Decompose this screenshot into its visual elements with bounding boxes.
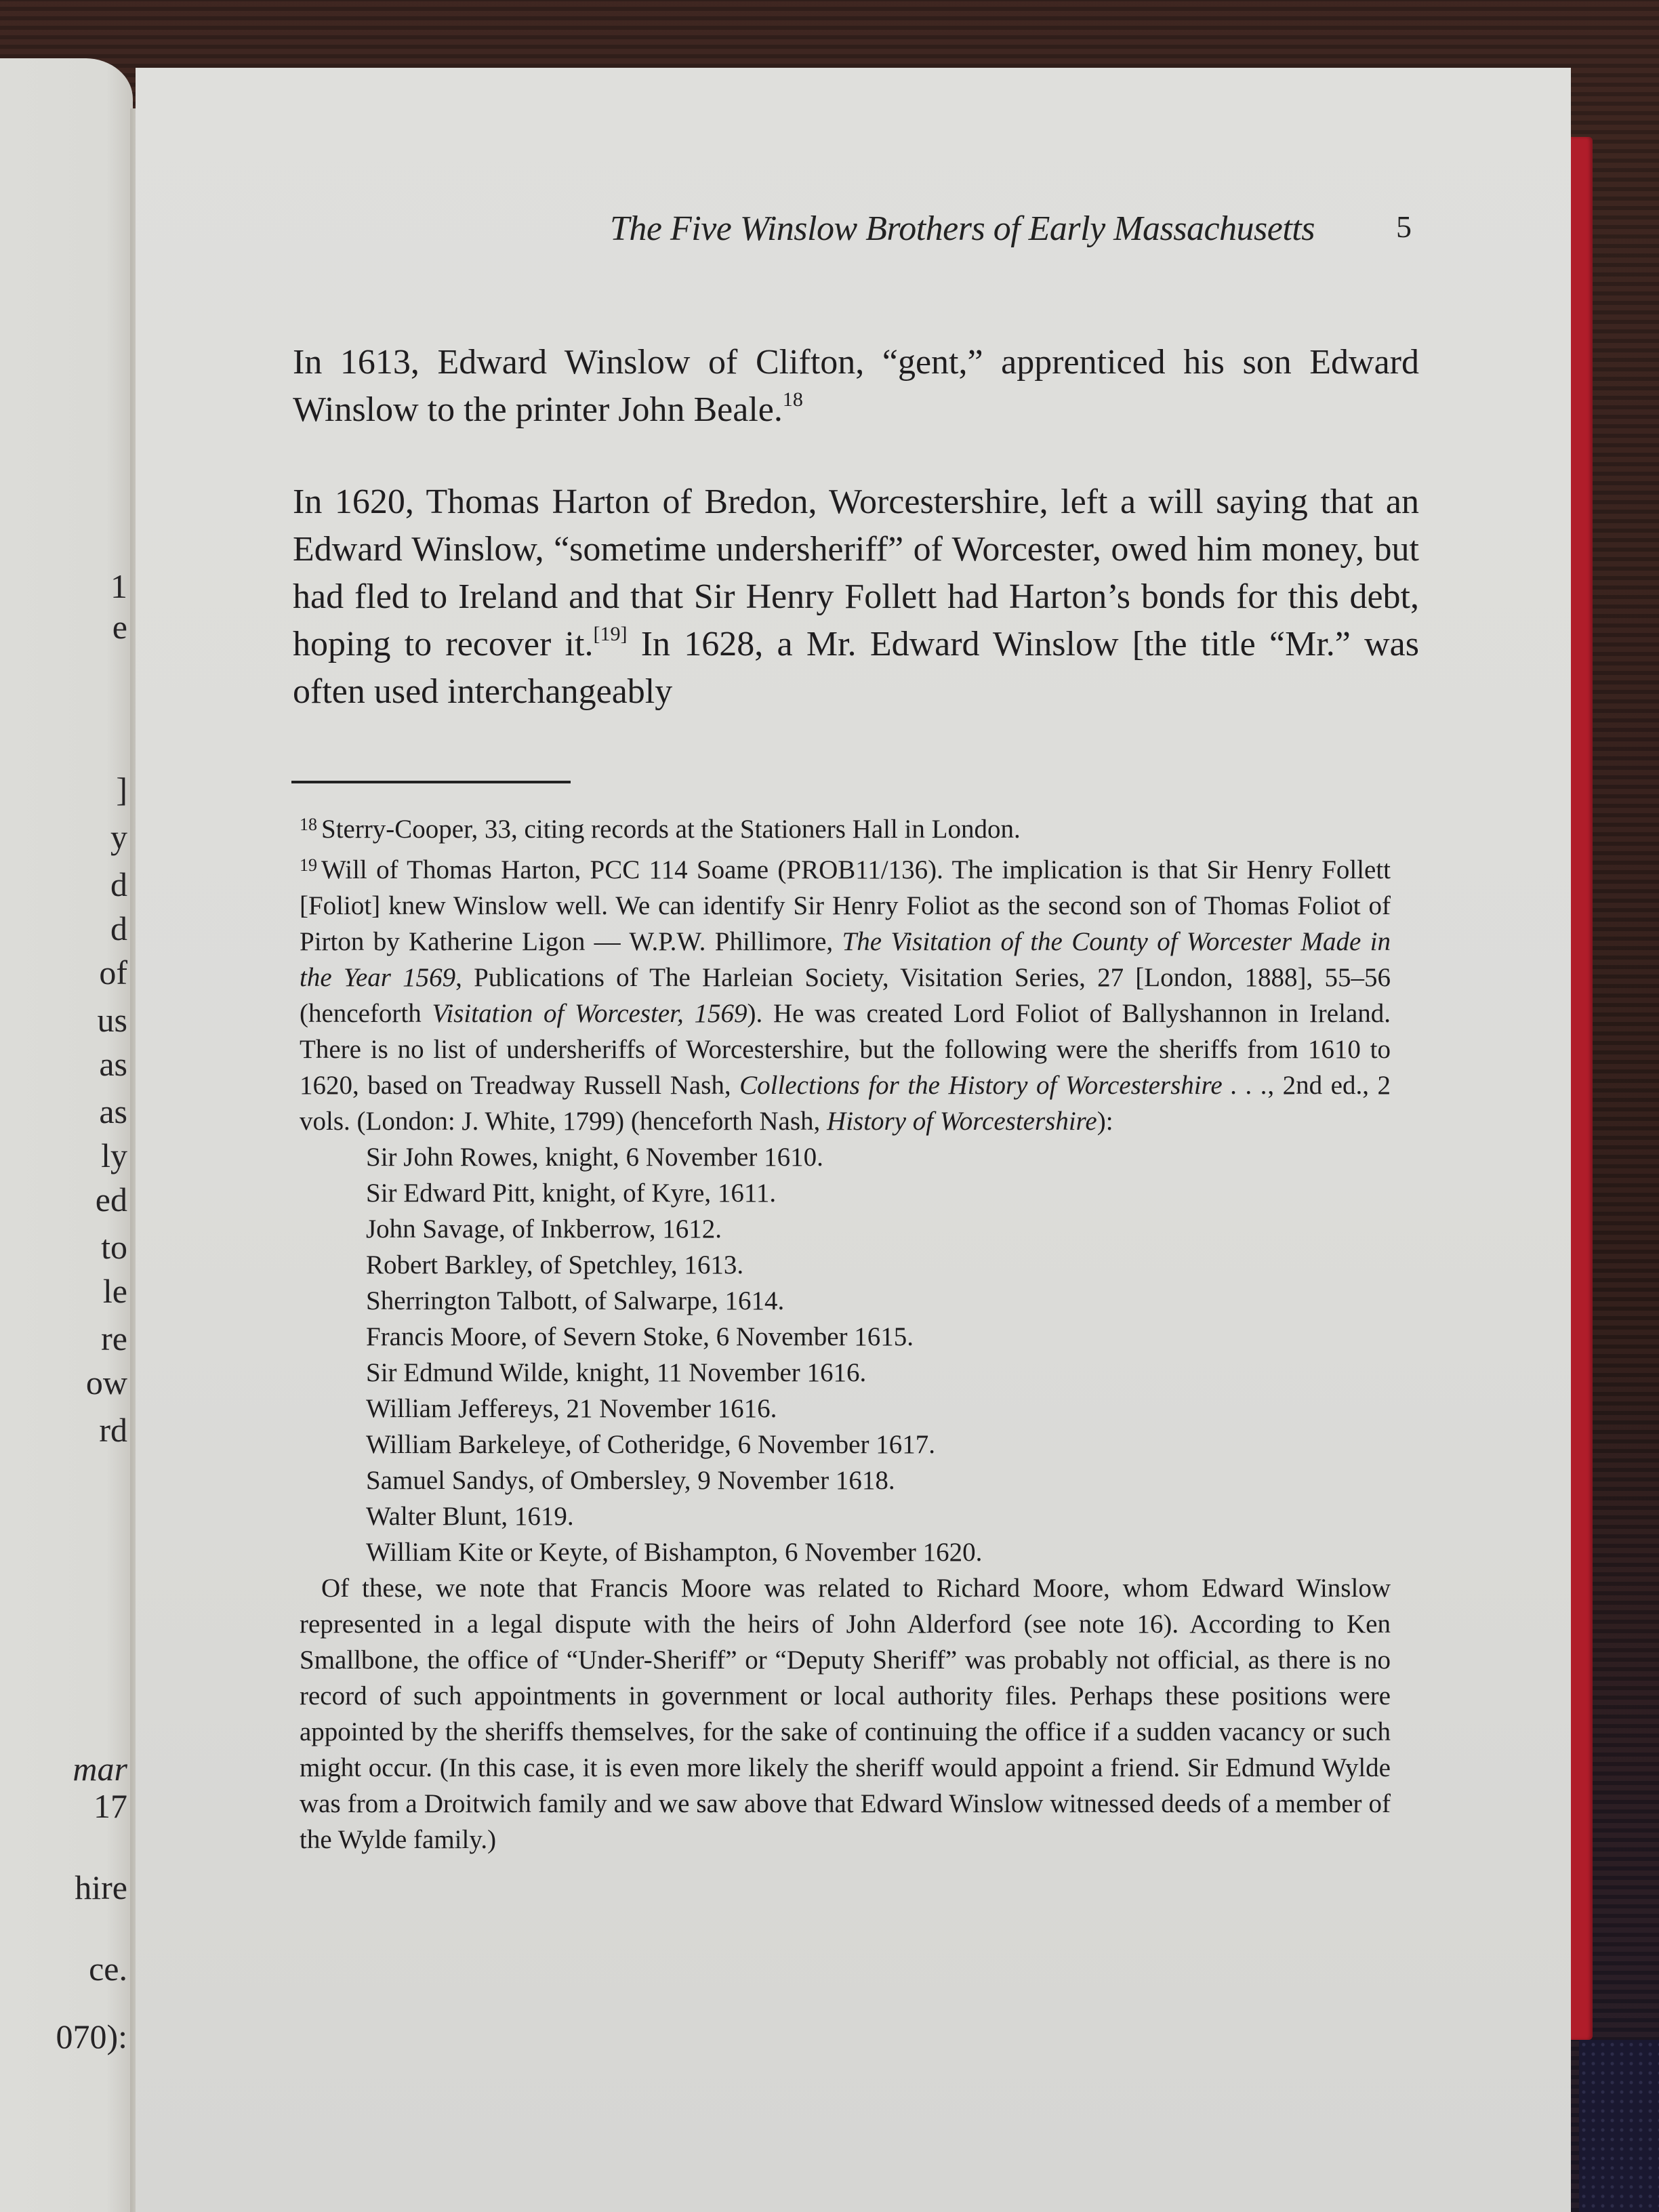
footnote-number: 18 xyxy=(300,815,317,834)
book-title: History of Worcestershire xyxy=(827,1107,1097,1136)
left-page-text-fragment: ly xyxy=(101,1139,127,1172)
body-paragraph: In 1613, Edward Winslow of Clifton, “gen… xyxy=(293,339,1419,434)
red-cover-edge xyxy=(1568,137,1593,2040)
left-page-text-fragment: re xyxy=(101,1322,127,1355)
sheriff-entry: Robert Barkley, of Spetchley, 1613. xyxy=(366,1247,1391,1283)
footnote-text: Sterry-Cooper, 33, citing records at the… xyxy=(321,815,1021,844)
left-page-text-fragment: hire xyxy=(75,1870,127,1904)
left-page-text-fragment: 070): xyxy=(56,2020,127,2053)
book-title: Visitation of Worcester, 1569 xyxy=(432,999,747,1028)
left-page-text-fragment: ] xyxy=(116,773,127,806)
body-paragraph: In 1620, Thomas Harton of Bredon, Worces… xyxy=(293,478,1419,716)
left-page-text-fragment: mar xyxy=(73,1752,127,1786)
book-title: Collections for the History of Worcester… xyxy=(739,1071,1267,1100)
footnote-number: 19 xyxy=(300,855,317,875)
left-page-text-fragment: to xyxy=(101,1230,127,1264)
sheriff-entry: William Kite or Keyte, of Bishampton, 6 … xyxy=(366,1534,1391,1570)
left-page-text-fragment: as xyxy=(99,1094,127,1128)
sheriff-entry: William Jeffereys, 21 November 1616. xyxy=(366,1391,1391,1427)
sheriff-list: Sir John Rowes, knight, 6 November 1610.… xyxy=(300,1139,1391,1570)
sheriff-entry: Sir Edward Pitt, knight, of Kyre, 1611. xyxy=(366,1175,1391,1211)
sheriff-entry: Samuel Sandys, of Ombersley, 9 November … xyxy=(366,1462,1391,1498)
sheriff-entry: Sherrington Talbott, of Salwarpe, 1614. xyxy=(366,1283,1391,1319)
left-page-text-fragment: 1 xyxy=(110,569,127,603)
left-page: 1e]yddofusasaslyedtolereowrdmar17hirece.… xyxy=(0,58,133,2212)
left-page-text-fragment: us xyxy=(98,1003,127,1037)
footnote-separator xyxy=(291,781,571,783)
left-page-text-fragment: e xyxy=(112,610,127,644)
sheriff-entry: Walter Blunt, 1619. xyxy=(366,1498,1391,1534)
left-page-text-fragment: ce. xyxy=(89,1952,127,1986)
footnote-18: 18Sterry-Cooper, 33, citing records at t… xyxy=(300,806,1391,847)
footnotes: 18Sterry-Cooper, 33, citing records at t… xyxy=(300,806,1391,1858)
page-number: 5 xyxy=(1396,209,1412,245)
left-page-text-fragment: of xyxy=(99,956,127,989)
sheriff-entry: William Barkeleye, of Cotheridge, 6 Nove… xyxy=(366,1427,1391,1462)
footnote-19: 19Will of Thomas Harton, PCC 114 Soame (… xyxy=(300,847,1391,1139)
left-page-text-fragment: d xyxy=(110,912,127,945)
left-page-text-fragment: ed xyxy=(96,1183,127,1216)
sheriff-entry: Sir Edmund Wilde, knight, 11 November 16… xyxy=(366,1355,1391,1391)
footnote-text: ): xyxy=(1097,1107,1113,1136)
desk-surface xyxy=(1579,2040,1659,2212)
sheriff-entry: Sir John Rowes, knight, 6 November 1610. xyxy=(366,1139,1391,1175)
sheriff-entry: John Savage, of Inkberrow, 1612. xyxy=(366,1211,1391,1247)
left-page-text-fragment: y xyxy=(110,820,127,854)
sheriff-entry: Francis Moore, of Severn Stoke, 6 Novemb… xyxy=(366,1319,1391,1355)
left-page-text-fragment: 17 xyxy=(94,1789,127,1823)
paragraph-text: In 1613, Edward Winslow of Clifton, “gen… xyxy=(293,343,1419,429)
left-page-text-fragment: as xyxy=(99,1047,127,1081)
left-page-text-fragment: d xyxy=(110,867,127,901)
footnote-ref[interactable]: 18 xyxy=(783,388,803,411)
left-page-text-fragment: le xyxy=(103,1274,127,1308)
footnote-ref[interactable]: [19] xyxy=(593,623,627,645)
running-head: The Five Winslow Brothers of Early Massa… xyxy=(488,209,1437,249)
footnote-continuation: Of these, we note that Francis Moore was… xyxy=(300,1570,1391,1858)
left-page-text-fragment: rd xyxy=(99,1413,127,1447)
left-page-text-fragment: ow xyxy=(86,1366,127,1399)
right-page: The Five Winslow Brothers of Early Massa… xyxy=(136,68,1571,2212)
